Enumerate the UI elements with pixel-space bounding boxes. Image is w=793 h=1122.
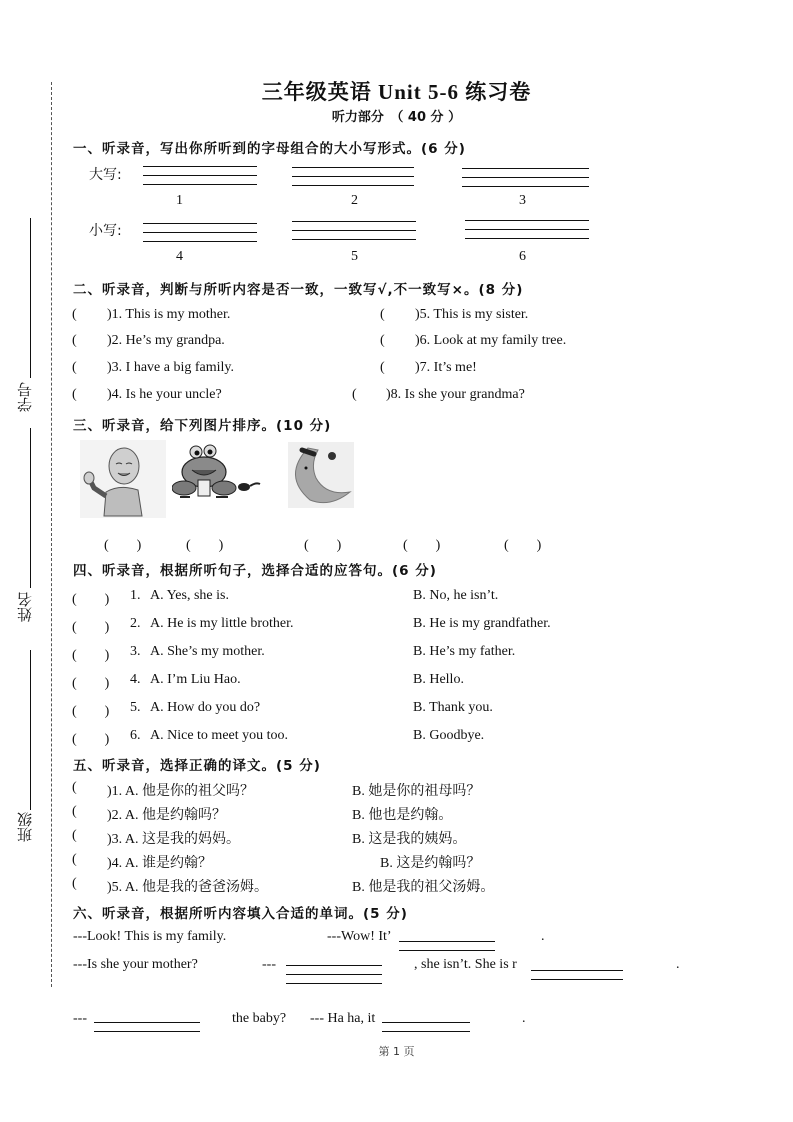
picture-order-blank-1[interactable]: ( ): [104, 534, 141, 554]
answer-paren[interactable]: ( ): [72, 644, 109, 664]
translation-option-b: B. 他是我的祖父汤姆。: [352, 876, 494, 896]
option-a: A. How do you do?: [150, 700, 260, 716]
question-number: 6.: [130, 728, 141, 744]
section3-heading: 三、听录音，给下列图片排序。(10 分): [73, 414, 331, 434]
translation-option-b: B. 她是你的祖母吗？: [352, 780, 480, 800]
writing-lines-5[interactable]: [292, 221, 416, 248]
judge-item-5: )5. This is my sister.: [415, 307, 528, 323]
moon-picture: [288, 442, 354, 508]
answer-paren[interactable]: (: [72, 780, 77, 796]
option-a: A. He is my little brother.: [150, 616, 293, 632]
option-b: B. Goodbye.: [413, 728, 484, 744]
section5-heading: 五、听录音，选择正确的译文。(5 分): [73, 754, 321, 774]
line-number-1: 1: [176, 193, 183, 209]
dialogue-line-3c: --- Ha ha, it: [310, 1011, 375, 1027]
answer-paren[interactable]: (: [72, 852, 77, 868]
option-a: A. Yes, she is.: [150, 588, 229, 604]
writing-lines-4[interactable]: [143, 223, 257, 250]
picture-order-blank-4[interactable]: ( ): [403, 534, 440, 554]
option-b: B. He is my grandfather.: [413, 616, 551, 632]
answer-paren[interactable]: (: [352, 387, 357, 403]
translation-option-b: B. 他也是约翰。: [352, 804, 452, 824]
dialogue-line-2c: , she isn’t. She is r: [414, 957, 517, 973]
answer-paren[interactable]: ( ): [72, 700, 109, 720]
question-number: 4.: [130, 672, 141, 688]
line-number-5: 5: [351, 249, 358, 265]
translation-option-b: B. 这是约翰吗？: [380, 852, 480, 872]
translation-option-a: )2. A. 他是约翰吗？: [107, 804, 226, 824]
answer-paren[interactable]: ( ): [72, 672, 109, 692]
question-number: 1.: [130, 588, 141, 604]
judge-item-2: )2. He’s my grandpa.: [107, 333, 225, 349]
question-number: 2.: [130, 616, 141, 632]
answer-paren[interactable]: (: [72, 387, 77, 403]
section6-heading: 六、听录音，根据所听内容填入合适的单词。(5 分): [73, 902, 408, 922]
picture-order-blank-3[interactable]: ( ): [304, 534, 341, 554]
translation-option-a: )1. A. 他是你的祖父吗？: [107, 780, 254, 800]
dialogue-line-2a: ---Is she your mother?: [73, 957, 198, 973]
dialogue-line-1b: ---Wow! It’: [327, 929, 392, 945]
line-number-4: 4: [176, 249, 183, 265]
answer-paren[interactable]: ( ): [72, 588, 109, 608]
answer-paren[interactable]: (: [72, 307, 77, 323]
picture-order-blank-5[interactable]: ( ): [504, 534, 541, 554]
fill-blank-4[interactable]: [94, 1022, 200, 1040]
answer-paren[interactable]: (: [380, 307, 385, 323]
class-input-line[interactable]: [30, 650, 31, 810]
translation-option-a: )4. A. 谁是约翰？: [107, 852, 212, 872]
dialogue-line-3b: the baby?: [232, 1011, 286, 1027]
translation-option-b: B. 这是我的姨妈。: [352, 828, 466, 848]
dialogue-line-1a: ---Look! This is my family.: [73, 929, 226, 945]
period: .: [676, 957, 680, 973]
answer-paren[interactable]: ( ): [72, 728, 109, 748]
translation-option-a: )5. A. 他是我的爸爸汤姆。: [107, 876, 268, 896]
period: .: [541, 929, 545, 945]
answer-paren[interactable]: (: [72, 876, 77, 892]
answer-paren[interactable]: (: [72, 804, 77, 820]
option-b: B. Hello.: [413, 672, 464, 688]
writing-lines-2[interactable]: [292, 167, 414, 194]
frog-picture: [172, 442, 262, 504]
question-number: 3.: [130, 644, 141, 660]
option-a: A. She’s my mother.: [150, 644, 265, 660]
dialogue-dash: ---: [262, 957, 276, 973]
answer-paren[interactable]: (: [72, 828, 77, 844]
page-title: 三年级英语 Unit 5-6 练习卷: [0, 76, 793, 106]
line-number-3: 3: [519, 193, 526, 209]
id-input-line[interactable]: [30, 218, 31, 378]
name-label: 姓名: [14, 592, 35, 622]
class-label: 班级: [14, 812, 35, 842]
answer-paren[interactable]: (: [380, 333, 385, 349]
option-a: A. Nice to meet you too.: [150, 728, 288, 744]
id-label: 学号: [14, 382, 35, 412]
fill-blank-2[interactable]: [286, 965, 382, 992]
uppercase-label: 大写:: [89, 164, 122, 184]
judge-item-7: )7. It’s me!: [415, 360, 477, 376]
grandfather-picture: [80, 440, 166, 518]
section4-heading: 四、听录音，根据所听句子，选择合适的应答句。(6 分): [73, 559, 437, 579]
question-number: 5.: [130, 700, 141, 716]
dialogue-dash: ---: [73, 1011, 87, 1027]
writing-lines-6[interactable]: [465, 220, 589, 247]
name-input-line[interactable]: [30, 428, 31, 588]
judge-item-6: )6. Look at my family tree.: [415, 333, 566, 349]
option-b: B. He’s my father.: [413, 644, 515, 660]
period: .: [522, 1011, 526, 1027]
fill-blank-5[interactable]: [382, 1022, 470, 1040]
page-number: 第 1 页: [0, 1043, 793, 1059]
answer-paren[interactable]: (: [72, 360, 77, 376]
fill-blank-3[interactable]: [531, 970, 623, 988]
answer-paren[interactable]: (: [380, 360, 385, 376]
answer-paren[interactable]: (: [72, 333, 77, 349]
answer-paren[interactable]: ( ): [72, 616, 109, 636]
writing-lines-1[interactable]: [143, 166, 257, 193]
judge-item-1: )1. This is my mother.: [107, 307, 230, 323]
option-b: B. Thank you.: [413, 700, 493, 716]
option-b: B. No, he isn’t.: [413, 588, 498, 604]
lowercase-label: 小写:: [89, 220, 122, 240]
line-number-6: 6: [519, 249, 526, 265]
judge-item-3: )3. I have a big family.: [107, 360, 234, 376]
line-number-2: 2: [351, 193, 358, 209]
judge-item-4: )4. Is he your uncle?: [107, 387, 222, 403]
translation-option-a: )3. A. 这是我的妈妈。: [107, 828, 240, 848]
option-a: A. I’m Liu Hao.: [150, 672, 241, 688]
section2-heading: 二、听录音，判断与所听内容是否一致，一致写√,不一致写×。(8 分): [73, 278, 523, 298]
picture-order-blank-2[interactable]: ( ): [186, 534, 223, 554]
judge-item-8: )8. Is she your grandma?: [386, 387, 525, 403]
section1-heading: 一、听录音，写出你所听到的字母组合的大小写形式。(6 分): [73, 137, 466, 157]
page-subtitle: 听力部分 （ 40 分 ）: [0, 106, 793, 125]
writing-lines-3[interactable]: [462, 168, 589, 195]
binding-dashed-line: [51, 82, 52, 987]
